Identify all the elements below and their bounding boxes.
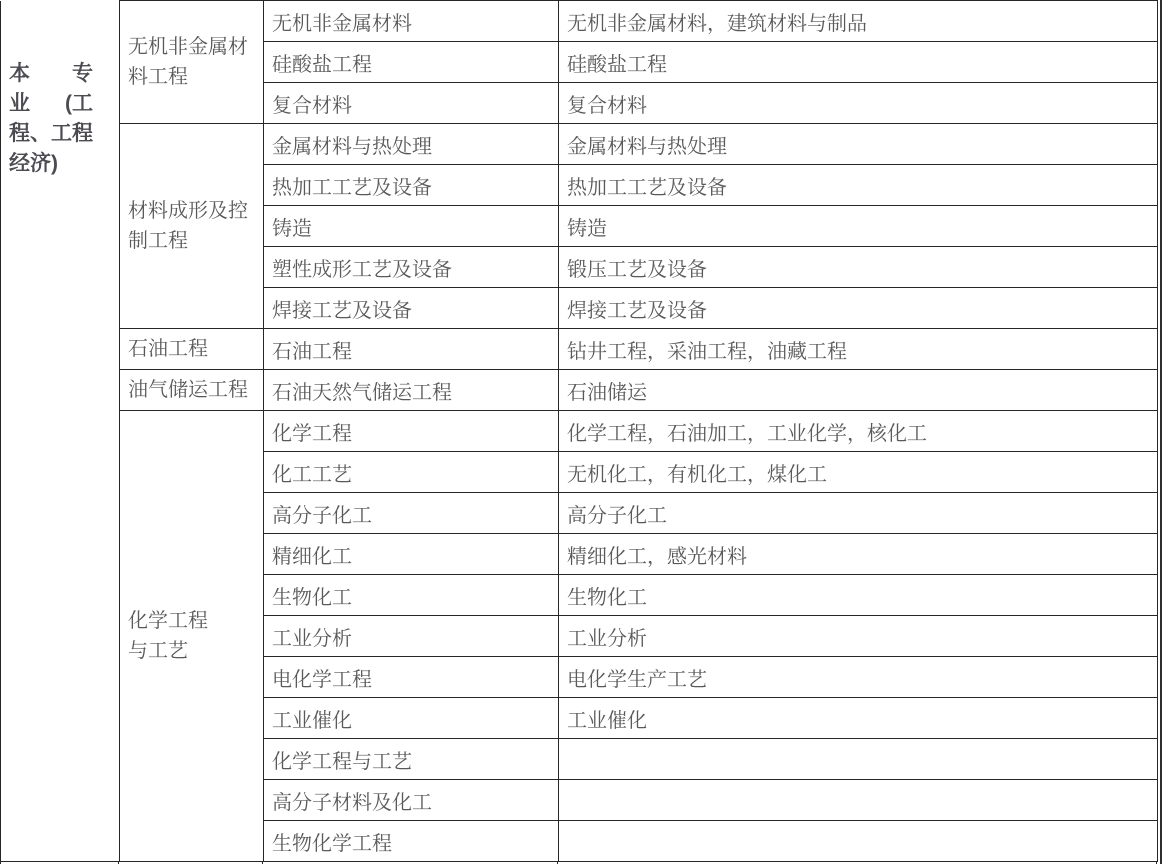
specialty-group-cell: 材料成形及控 制工程: [120, 124, 264, 329]
header-line-part: 经济): [9, 152, 58, 175]
related-major-cell: [559, 821, 1158, 862]
major-cell: 复合材料: [264, 83, 559, 124]
group-label-line: 化学工程: [128, 606, 255, 636]
related-major-cell: 石油储运: [559, 370, 1158, 411]
header-line-part: 业: [9, 89, 30, 119]
major-cell: 电化学工程: [264, 657, 559, 698]
related-major-cell: 焊接工艺及设备: [559, 288, 1158, 329]
document-table-sheet: 本专 业(工 程、工程 经济) 无机非金属材 料工程 无机非金属材料 无机非金属…: [0, 0, 1158, 862]
table-row: 石油工程 石油工程 钻井工程，采油工程，油藏工程: [1, 329, 1158, 370]
primary-category-cell: 本专 业(工 程、工程 经济): [1, 1, 120, 862]
table-row: 油气储运工程 石油天然气储运工程 石油储运: [1, 370, 1158, 411]
group-label-line: 油气储运工程: [128, 375, 255, 405]
major-cell: 化工工艺: [264, 452, 559, 493]
group-label-line: 与工艺: [128, 636, 255, 666]
table-row: 本专 业(工 程、工程 经济) 无机非金属材 料工程 无机非金属材料 无机非金属…: [1, 1, 1158, 42]
major-cell: 生物化工: [264, 575, 559, 616]
major-cell: 化学工程: [264, 411, 559, 452]
related-major-cell: 金属材料与热处理: [559, 124, 1158, 165]
group-label-line: 制工程: [128, 226, 255, 256]
related-major-cell: 钻井工程，采油工程，油藏工程: [559, 329, 1158, 370]
window-right-edge: [1160, 0, 1162, 864]
major-cell: 石油工程: [264, 329, 559, 370]
related-major-cell: 精细化工，感光材料: [559, 534, 1158, 575]
related-major-cell: 工业催化: [559, 698, 1158, 739]
specialty-group-cell: 油气储运工程: [120, 370, 264, 411]
major-cell: 无机非金属材料: [264, 1, 559, 42]
header-line-part: 本: [9, 59, 30, 89]
related-major-cell: 硅酸盐工程: [559, 42, 1158, 83]
major-cell: 焊接工艺及设备: [264, 288, 559, 329]
related-major-cell: 生物化工: [559, 575, 1158, 616]
related-major-cell: 锻压工艺及设备: [559, 247, 1158, 288]
major-equivalency-table: 本专 业(工 程、工程 经济) 无机非金属材 料工程 无机非金属材料 无机非金属…: [0, 0, 1158, 862]
major-cell: 石油天然气储运工程: [264, 370, 559, 411]
major-cell: 高分子材料及化工: [264, 780, 559, 821]
related-major-cell: 热加工工艺及设备: [559, 165, 1158, 206]
major-cell: 铸造: [264, 206, 559, 247]
related-major-cell: 铸造: [559, 206, 1158, 247]
related-major-cell: 复合材料: [559, 83, 1158, 124]
specialty-group-cell: 无机非金属材 料工程: [120, 1, 264, 124]
major-cell: 高分子化工: [264, 493, 559, 534]
header-line-part: 专: [72, 59, 93, 89]
major-cell: 塑性成形工艺及设备: [264, 247, 559, 288]
related-major-cell: 电化学生产工艺: [559, 657, 1158, 698]
related-major-cell: 化学工程，石油加工，工业化学，核化工: [559, 411, 1158, 452]
related-major-cell: [559, 739, 1158, 780]
group-label-line: 材料成形及控: [128, 196, 255, 226]
related-major-cell: [559, 780, 1158, 821]
major-cell: 化学工程与工艺: [264, 739, 559, 780]
header-line-part: (工: [65, 89, 93, 119]
major-cell: 热加工工艺及设备: [264, 165, 559, 206]
specialty-group-cell: 化学工程 与工艺: [120, 411, 264, 862]
group-label-line: 无机非金属材: [128, 32, 255, 62]
specialty-group-cell: 石油工程: [120, 329, 264, 370]
primary-category-label: 本专 业(工 程、工程 经济): [9, 59, 93, 179]
related-major-cell: 工业分析: [559, 616, 1158, 657]
major-cell: 精细化工: [264, 534, 559, 575]
major-cell: 工业催化: [264, 698, 559, 739]
table-row: 材料成形及控 制工程 金属材料与热处理 金属材料与热处理: [1, 124, 1158, 165]
major-cell: 生物化学工程: [264, 821, 559, 862]
major-cell: 金属材料与热处理: [264, 124, 559, 165]
related-major-cell: 无机非金属材料，建筑材料与制品: [559, 1, 1158, 42]
related-major-cell: 无机化工，有机化工，煤化工: [559, 452, 1158, 493]
group-label-line: 石油工程: [128, 334, 255, 364]
table-row: 化学工程 与工艺 化学工程 化学工程，石油加工，工业化学，核化工: [1, 411, 1158, 452]
related-major-cell: 高分子化工: [559, 493, 1158, 534]
group-label-line: 料工程: [128, 62, 255, 92]
header-line-part: 程、工程: [9, 122, 93, 145]
major-cell: 工业分析: [264, 616, 559, 657]
major-cell: 硅酸盐工程: [264, 42, 559, 83]
